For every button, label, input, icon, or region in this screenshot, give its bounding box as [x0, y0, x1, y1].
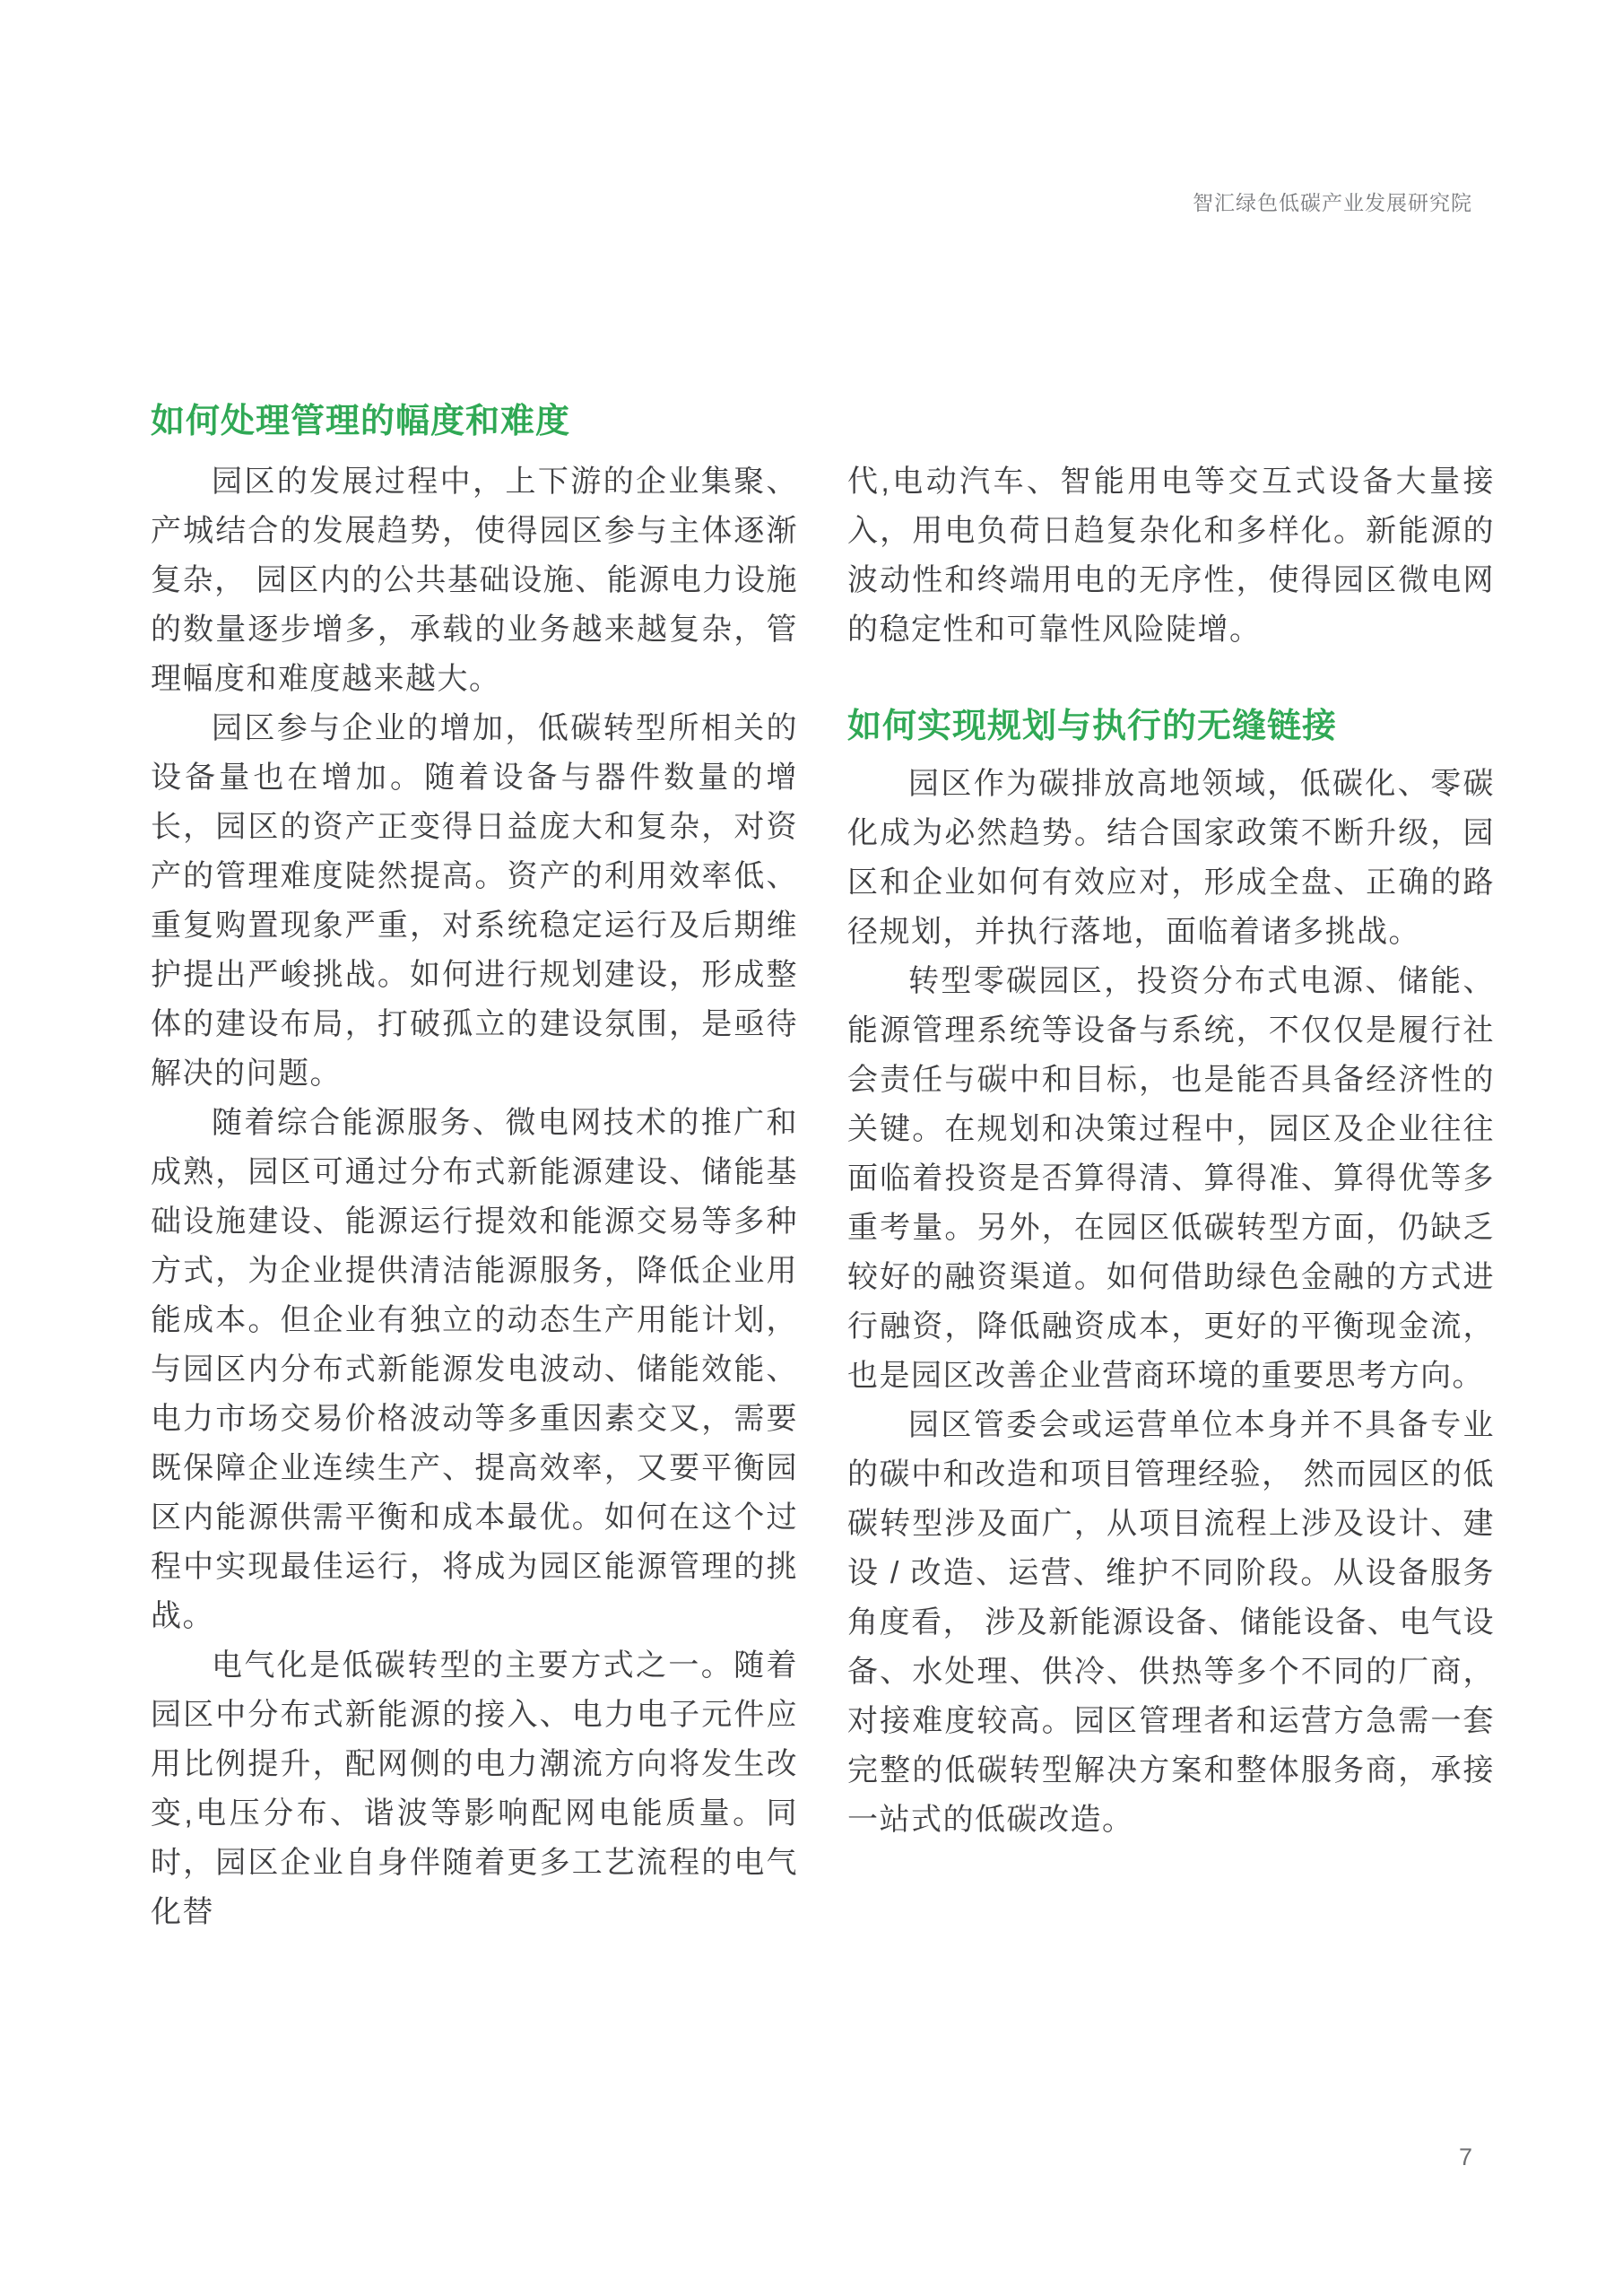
right-column: 代,电动汽车、智能用电等交互式设备大量接入，用电负荷日趋复杂化和多样化。新能源的… — [847, 457, 1495, 1845]
paragraph-continuation: 代,电动汽车、智能用电等交互式设备大量接入，用电负荷日趋复杂化和多样化。新能源的… — [847, 457, 1495, 655]
paragraph: 随着综合能源服务、微电网技术的推广和成熟，园区可通过分布式新能源建设、储能基础设… — [151, 1099, 798, 1641]
section-heading-planning-execution: 如何实现规划与执行的无缝链接 — [847, 707, 1495, 746]
document-page: 智汇绿色低碳产业发展研究院 如何处理管理的幅度和难度 园区的发展过程中，上下游的… — [0, 0, 1623, 2296]
paragraph: 园区作为碳排放高地领域，低碳化、零碳化成为必然趋势。结合国家政策不断升级，园区和… — [847, 760, 1495, 957]
header-institute-name: 智汇绿色低碳产业发展研究院 — [1193, 187, 1472, 216]
section-heading-management-scope: 如何处理管理的幅度和难度 — [151, 402, 798, 441]
paragraph: 园区参与企业的增加，低碳转型所相关的设备量也在增加。随着设备与器件数量的增长，园… — [151, 704, 798, 1099]
page-number: 7 — [1459, 2144, 1472, 2171]
paragraph: 园区的发展过程中，上下游的企业集聚、产城结合的发展趋势，使得园区参与主体逐渐复杂… — [151, 457, 798, 704]
paragraph: 转型零碳园区，投资分布式电源、储能、能源管理系统等设备与系统，不仅仅是履行社会责… — [847, 957, 1495, 1401]
left-column: 如何处理管理的幅度和难度 园区的发展过程中，上下游的企业集聚、产城结合的发展趋势… — [151, 402, 798, 1937]
paragraph: 园区管委会或运营单位本身并不具备专业的碳中和改造和项目管理经验， 然而园区的低碳… — [847, 1401, 1495, 1845]
paragraph: 电气化是低碳转型的主要方式之一。随着园区中分布式新能源的接入、电力电子元件应用比… — [151, 1641, 798, 1937]
